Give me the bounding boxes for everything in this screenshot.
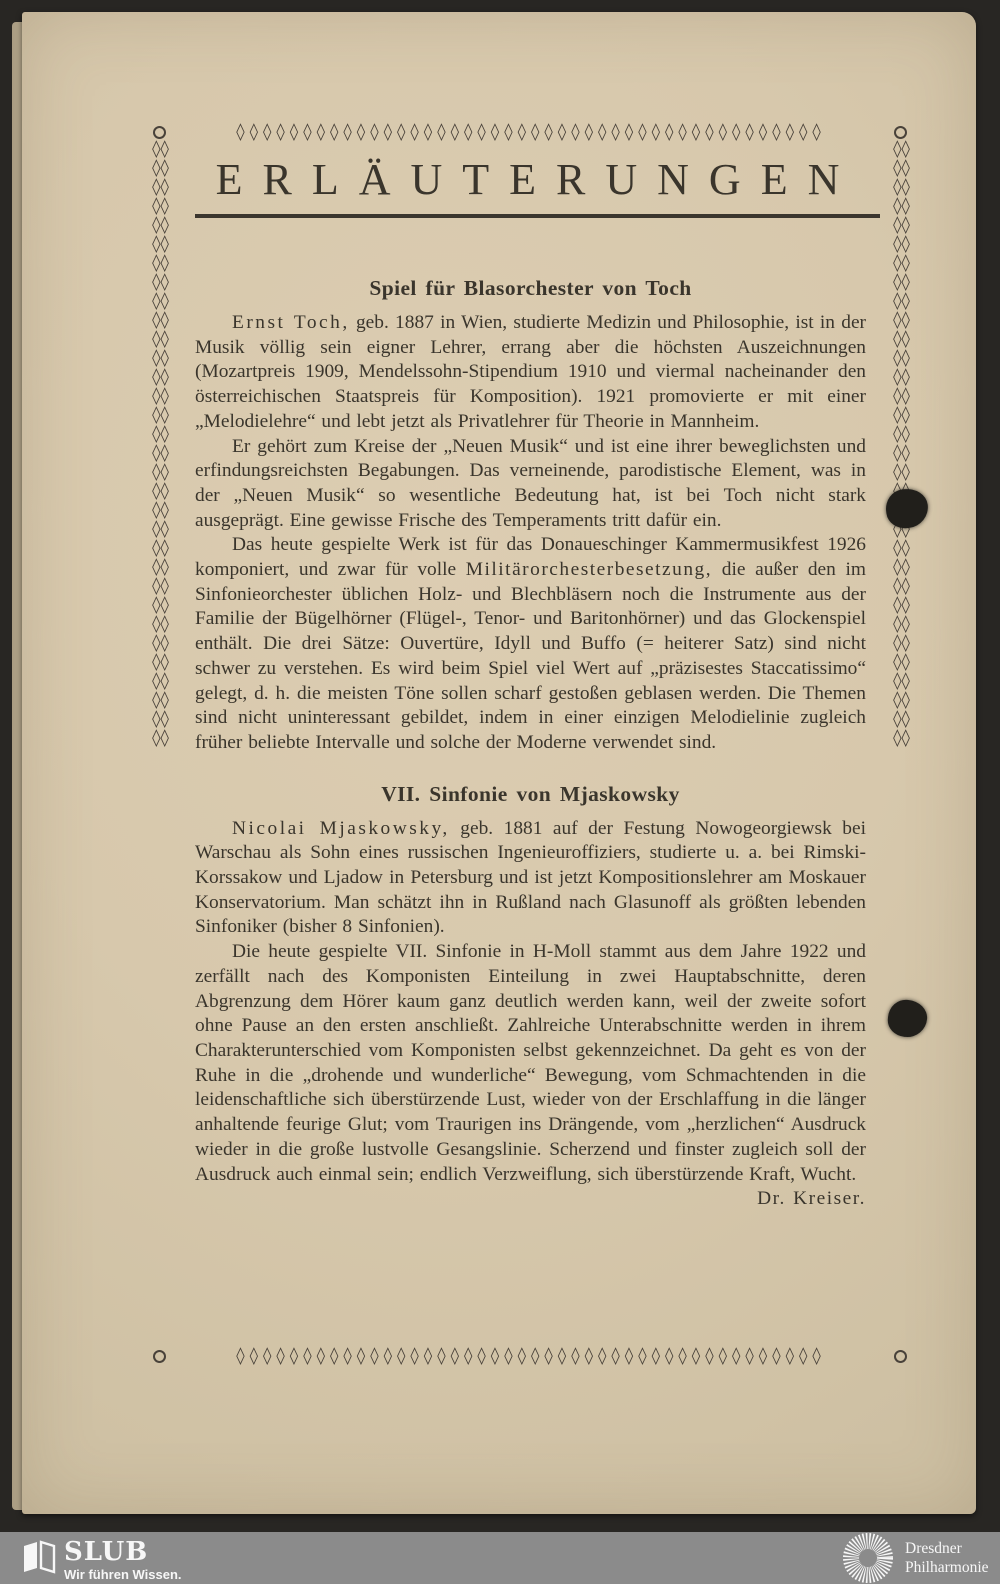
ornament-corner-bottom-left: [153, 1350, 166, 1363]
viewer-footer: SLUB Wir führen Wissen. Dresdner Philhar…: [0, 1532, 1000, 1584]
philharmonie-line1: Dresdner: [905, 1539, 989, 1558]
ornament-border-left: ◊◊◊◊◊◊◊◊◊◊◊◊◊◊◊◊◊◊◊◊◊◊◊◊◊◊◊◊◊◊◊◊◊◊◊◊◊◊◊◊…: [152, 140, 169, 1348]
ornament-corner-top-right: [894, 126, 907, 139]
ornament-corner-bottom-right: [894, 1350, 907, 1363]
paragraph: Die heute gespielte VII. Sinfonie in H-M…: [195, 940, 866, 1187]
spaced-name: Nicolai Mjaskowsky,: [232, 818, 450, 839]
viewer-screen: ◊◊◊◊◊◊◊◊◊◊◊◊◊◊◊◊◊◊◊◊◊◊◊◊◊◊◊◊◊◊◊◊◊◊◊◊◊◊◊◊…: [0, 0, 1000, 1584]
paragraph: Ernst Toch, geb. 1887 in Wien, studierte…: [195, 311, 866, 435]
slub-logo-text: SLUB: [64, 1538, 182, 1566]
philharmonie-line2: Philharmonie: [905, 1558, 989, 1577]
philharmonie-text-block: Dresdner Philharmonie: [905, 1539, 989, 1577]
paragraph-text: Die heute gespielte VII. Sinfonie in H-M…: [195, 941, 866, 1184]
slub-text-block: SLUB Wir führen Wissen.: [64, 1538, 182, 1582]
philharmonie-starburst-icon: [842, 1532, 894, 1584]
paragraph: Das heute gespielte Werk ist für das Don…: [195, 533, 866, 755]
spaced-word: Militärorchesterbesetzung,: [466, 559, 712, 580]
ornament-border-right: ◊◊◊◊◊◊◊◊◊◊◊◊◊◊◊◊◊◊◊◊◊◊◊◊◊◊◊◊◊◊◊◊◊◊◊◊◊◊◊◊…: [893, 140, 910, 1348]
paragraph: Nicolai Mjaskowsky, geb. 1881 auf der Fe…: [195, 817, 866, 941]
slub-tagline: Wir führen Wissen.: [64, 1567, 182, 1582]
paragraph-text: die außer den im Sinfonieorchester üblic…: [195, 559, 866, 753]
paragraph-text: Er gehört zum Kreise der „Neuen Musik“ u…: [195, 436, 866, 531]
paragraph: Er gehört zum Kreise der „Neuen Musik“ u…: [195, 435, 866, 534]
ornament-border-bottom: ◊◊◊◊◊◊◊◊◊◊◊◊◊◊◊◊◊◊◊◊◊◊◊◊◊◊◊◊◊◊◊◊◊◊◊◊◊◊◊◊…: [170, 1347, 892, 1367]
document-content: ERLÄUTERUNGEN Spiel für Blasorchester vo…: [160, 126, 901, 1212]
section-heading-toch: Spiel für Blasorchester von Toch: [195, 276, 866, 301]
philharmonie-branding: Dresdner Philharmonie: [842, 1532, 989, 1584]
slub-branding: SLUB Wir führen Wissen.: [22, 1538, 182, 1582]
page-title: ERLÄUTERUNGEN: [195, 156, 880, 218]
ornament-border-top: ◊◊◊◊◊◊◊◊◊◊◊◊◊◊◊◊◊◊◊◊◊◊◊◊◊◊◊◊◊◊◊◊◊◊◊◊◊◊◊◊…: [170, 123, 892, 143]
section-heading-mjaskowsky: VII. Sinfonie von Mjaskowsky: [195, 782, 866, 807]
section-toch: Spiel für Blasorchester von Toch Ernst T…: [195, 276, 866, 756]
section-mjaskowsky: VII. Sinfonie von Mjaskowsky Nicolai Mja…: [195, 782, 866, 1188]
slub-book-icon: [22, 1540, 56, 1574]
spaced-name: Ernst Toch,: [232, 312, 350, 333]
ornament-corner-top-left: [153, 126, 166, 139]
author-signature: Dr. Kreiser.: [720, 1187, 866, 1212]
